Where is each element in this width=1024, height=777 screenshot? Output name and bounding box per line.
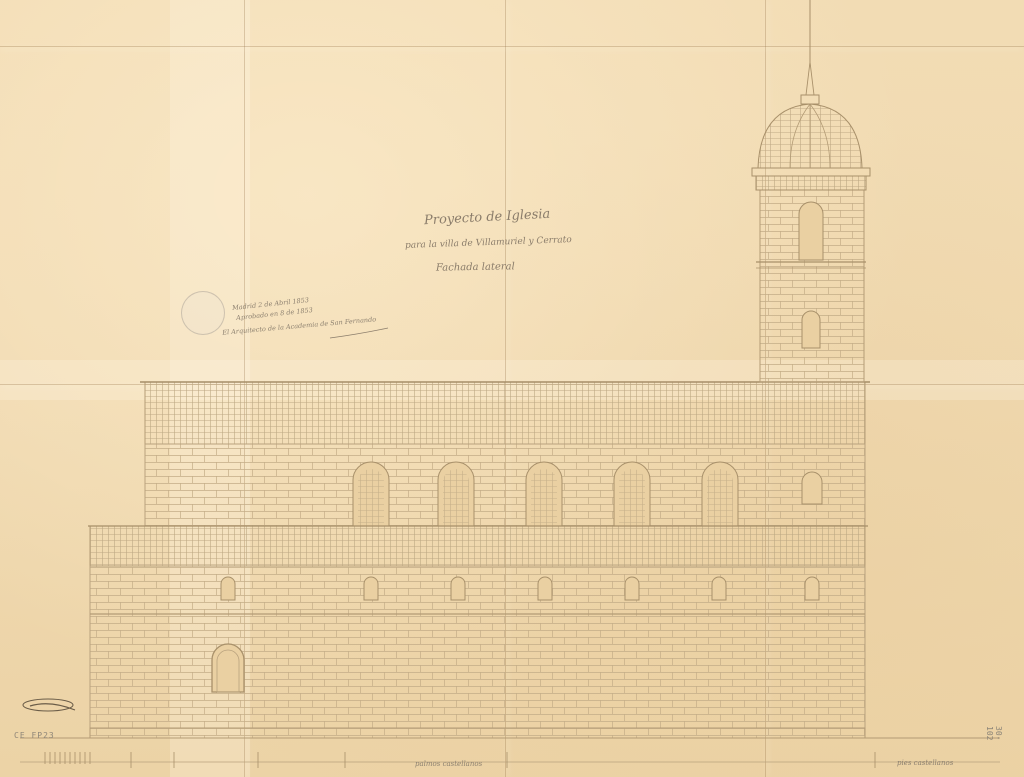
bell-tower [752,0,870,382]
drawing-view-label: Fachada lateral [436,261,515,273]
drawing-sheet: Proyecto de Iglesia para la villa de Vil… [0,0,1024,777]
aisle-roof [88,526,868,566]
upper-roof [140,382,870,444]
ground-and-scale [20,738,1000,768]
scale-label-pies: pies castellanos [897,759,953,767]
catalog-code: CE FP23 [14,731,55,740]
church-elevation-drawing [0,0,1024,777]
seal-stamp [181,291,225,335]
archive-number: 30-102 [985,726,1003,747]
clerestory-wall [145,444,865,526]
lower-wall [90,566,865,738]
scale-label-palmos: palmos castellanos [415,760,482,768]
